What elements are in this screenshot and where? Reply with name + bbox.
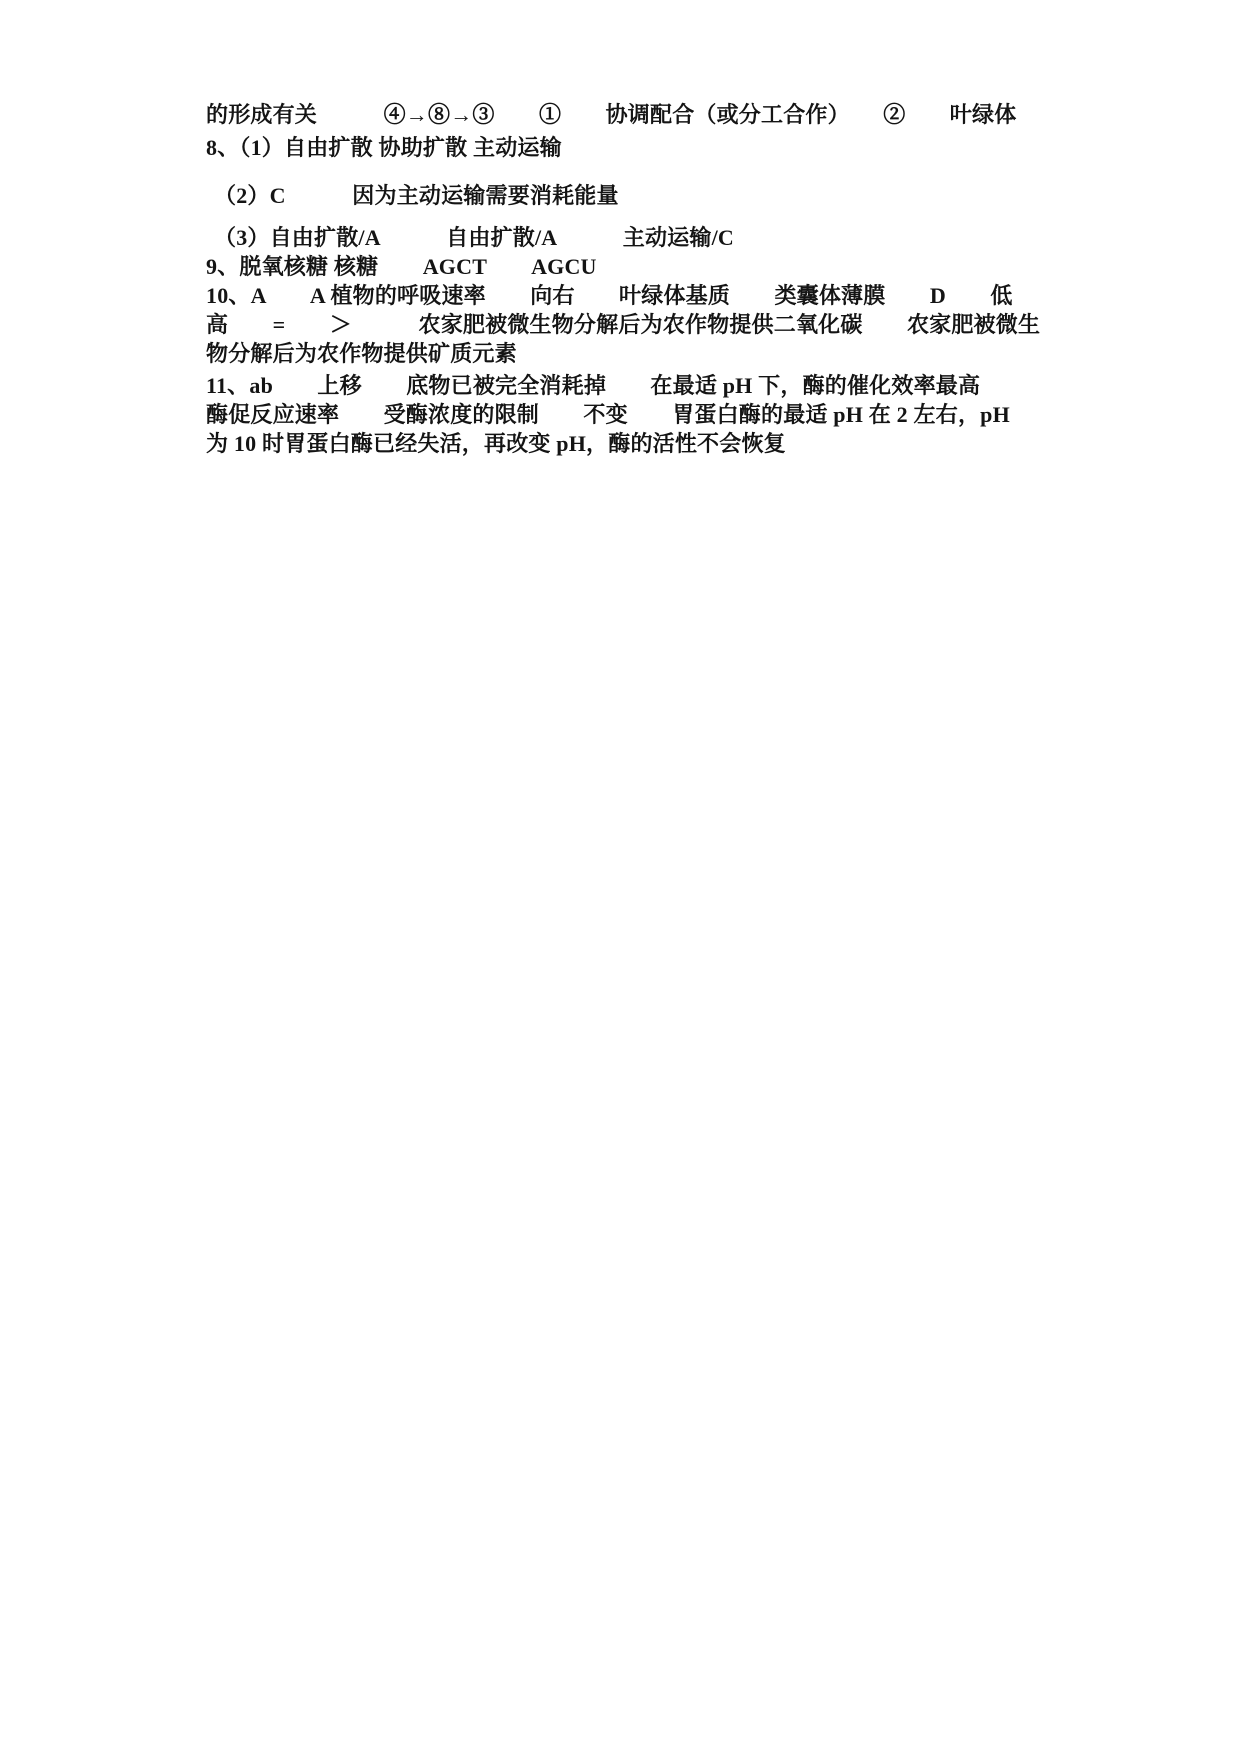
answer-line-8-part1: 8、（1）自由扩散 协助扩散 主动运输 xyxy=(206,133,1050,162)
answer-line-11-row1: 11、ab 上移 底物已被完全消耗掉 在最适 pH 下，酶的催化效率最高 xyxy=(206,371,1050,400)
answer-line-9: 9、脱氧核糖 核糖 AGCT AGCU xyxy=(206,252,1050,281)
document-page: 的形成有关 ④→⑧→③ ① 协调配合（或分工合作） ② 叶绿体 8、（1）自由扩… xyxy=(0,0,1240,1754)
answer-line-7-continuation: 的形成有关 ④→⑧→③ ① 协调配合（或分工合作） ② 叶绿体 xyxy=(206,100,1050,129)
answer-line-10-row1: 10、A A 植物的呼吸速率 向右 叶绿体基质 类囊体薄膜 D 低 xyxy=(206,281,1050,310)
answer-line-10-row3: 物分解后为农作物提供矿质元素 xyxy=(206,339,1050,368)
answer-line-11-row2: 酶促反应速率 受酶浓度的限制 不变 胃蛋白酶的最适 pH 在 2 左右，pH xyxy=(206,400,1050,429)
answer-line-8-part2: （2）C 因为主动运输需要消耗能量 xyxy=(214,181,1050,210)
answer-line-8-part3: （3）自由扩散/A 自由扩散/A 主动运输/C xyxy=(214,223,1050,252)
answer-line-10-row2: 高 = ＞ 农家肥被微生物分解后为农作物提供二氧化碳 农家肥被微生 xyxy=(206,310,1050,339)
answer-line-11-row3: 为 10 时胃蛋白酶已经失活，再改变 pH，酶的活性不会恢复 xyxy=(206,429,1050,458)
